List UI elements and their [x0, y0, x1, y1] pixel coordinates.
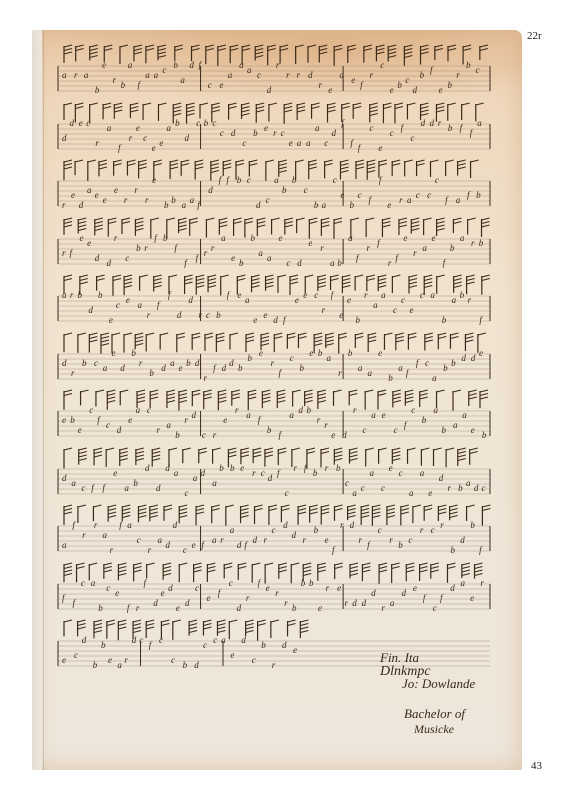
svg-text:a: a — [422, 243, 427, 253]
svg-text:b: b — [448, 123, 453, 133]
svg-text:d: d — [156, 483, 161, 493]
svg-text:r: r — [275, 588, 279, 598]
svg-text:e: e — [230, 650, 234, 660]
svg-text:d: d — [439, 473, 444, 483]
svg-text:e: e — [325, 535, 329, 545]
svg-text:d: d — [283, 520, 288, 530]
tablature-system: redaeeerrrebbaafdffbcdcabbcbacebcfferacc… — [58, 157, 490, 217]
svg-text:f: f — [157, 300, 161, 310]
svg-text:a: a — [62, 290, 67, 300]
svg-text:b: b — [175, 430, 180, 440]
svg-text:d: d — [161, 363, 166, 373]
svg-text:a: a — [246, 410, 251, 420]
svg-text:r: r — [145, 195, 149, 205]
svg-text:c: c — [394, 425, 398, 435]
svg-text:b: b — [282, 185, 287, 195]
svg-text:c: c — [435, 175, 439, 185]
svg-text:c: c — [361, 483, 365, 493]
svg-text:e: e — [253, 315, 257, 325]
svg-text:r: r — [204, 373, 208, 383]
svg-text:f: f — [97, 415, 101, 425]
svg-text:e: e — [264, 123, 268, 133]
svg-text:d: d — [342, 430, 347, 440]
svg-text:a: a — [193, 473, 198, 483]
svg-text:c: c — [159, 635, 163, 645]
svg-text:d: d — [189, 60, 194, 70]
svg-text:r: r — [294, 463, 298, 473]
svg-text:f: f — [149, 640, 153, 650]
svg-text:d: d — [273, 315, 278, 325]
svg-text:r: r — [184, 415, 188, 425]
svg-text:b: b — [450, 545, 455, 555]
svg-text:b: b — [82, 358, 87, 368]
svg-text:c: c — [229, 578, 233, 588]
svg-text:d: d — [229, 358, 234, 368]
svg-text:a: a — [460, 578, 465, 588]
svg-text:c: c — [74, 650, 78, 660]
margin-line — [43, 30, 44, 770]
svg-text:r: r — [246, 593, 250, 603]
svg-text:a: a — [368, 368, 373, 378]
svg-text:f: f — [73, 598, 77, 608]
svg-text:e: e — [263, 310, 267, 320]
svg-text:d: d — [268, 473, 273, 483]
svg-text:a: a — [170, 358, 175, 368]
svg-text:b: b — [388, 373, 393, 383]
svg-text:a: a — [339, 70, 344, 80]
svg-text:e: e — [219, 80, 223, 90]
svg-text:r: r — [344, 598, 348, 608]
svg-text:r: r — [139, 358, 143, 368]
svg-text:e: e — [289, 138, 293, 148]
svg-text:f: f — [423, 593, 427, 603]
svg-text:r: r — [147, 310, 151, 320]
svg-text:c: c — [380, 60, 384, 70]
svg-text:c: c — [106, 420, 110, 430]
svg-text:r: r — [456, 70, 460, 80]
svg-text:f: f — [91, 483, 95, 493]
svg-text:d: d — [120, 363, 125, 373]
svg-text:r: r — [448, 483, 452, 493]
svg-text:c: c — [162, 65, 166, 75]
svg-text:a: a — [190, 195, 195, 205]
svg-text:a: a — [212, 535, 217, 545]
svg-text:b: b — [292, 175, 297, 185]
svg-text:f: f — [332, 545, 336, 555]
svg-text:b: b — [253, 128, 258, 138]
svg-text:f: f — [144, 578, 148, 588]
svg-text:e: e — [328, 85, 332, 95]
svg-text:e: e — [295, 295, 299, 305]
svg-text:c: c — [81, 483, 85, 493]
svg-text:f: f — [401, 123, 405, 133]
svg-text:c: c — [242, 138, 246, 148]
svg-text:f: f — [470, 128, 474, 138]
svg-text:c: c — [206, 310, 210, 320]
svg-text:b: b — [78, 290, 83, 300]
svg-text:b: b — [314, 525, 319, 535]
svg-text:r: r — [134, 185, 138, 195]
svg-text:a: a — [466, 478, 471, 488]
svg-text:a: a — [371, 410, 376, 420]
svg-text:c: c — [272, 525, 276, 535]
svg-text:a: a — [166, 420, 171, 430]
svg-text:d: d — [165, 463, 170, 473]
svg-text:r: r — [235, 405, 239, 415]
svg-text:b: b — [247, 353, 252, 363]
svg-text:f: f — [341, 118, 345, 128]
svg-text:e: e — [179, 363, 183, 373]
svg-text:r: r — [199, 310, 203, 320]
svg-text:b: b — [186, 358, 191, 368]
svg-text:r: r — [271, 358, 275, 368]
svg-text:c: c — [183, 545, 187, 555]
svg-text:d: d — [106, 258, 111, 268]
svg-text:e: e — [278, 233, 282, 243]
svg-text:a: a — [127, 520, 132, 530]
svg-text:c: c — [304, 185, 308, 195]
svg-text:d: d — [282, 640, 287, 650]
svg-text:b: b — [397, 80, 402, 90]
svg-text:b: b — [163, 233, 168, 243]
svg-text:c: c — [86, 118, 90, 128]
svg-text:d: d — [471, 353, 476, 363]
svg-text:a: a — [91, 578, 96, 588]
svg-text:d: d — [62, 358, 67, 368]
svg-text:c: c — [202, 430, 206, 440]
svg-text:d: d — [460, 535, 465, 545]
svg-text:c: c — [324, 138, 328, 148]
svg-text:b: b — [314, 200, 319, 210]
svg-text:f: f — [395, 253, 399, 263]
svg-text:b: b — [93, 660, 98, 670]
svg-text:b: b — [251, 233, 256, 243]
svg-text:e: e — [471, 425, 475, 435]
svg-text:r: r — [213, 430, 217, 440]
svg-text:a: a — [62, 540, 67, 550]
svg-text:r: r — [320, 243, 324, 253]
svg-text:a: a — [128, 60, 133, 70]
svg-text:c: c — [208, 80, 212, 90]
svg-text:c: c — [381, 483, 385, 493]
svg-text:r: r — [366, 243, 370, 253]
svg-text:d: d — [430, 118, 435, 128]
svg-text:c: c — [185, 488, 189, 498]
svg-text:d: d — [88, 305, 93, 315]
svg-text:e: e — [62, 655, 66, 665]
svg-text:r: r — [273, 128, 277, 138]
svg-text:e: e — [318, 603, 322, 613]
svg-text:b: b — [164, 200, 169, 210]
svg-text:r: r — [471, 238, 475, 248]
svg-text:c: c — [139, 635, 143, 645]
svg-text:a: a — [174, 468, 179, 478]
svg-text:a: a — [434, 405, 439, 415]
svg-text:r: r — [353, 405, 357, 415]
tablature-system: araberbafaacbadfceaaacdrrrdreaefrcebcdbf… — [58, 42, 490, 102]
svg-text:e: e — [410, 305, 414, 315]
svg-text:r: r — [124, 195, 128, 205]
svg-text:c: c — [345, 478, 349, 488]
svg-text:b: b — [420, 70, 425, 80]
svg-text:r: r — [129, 133, 133, 143]
svg-text:a: a — [432, 373, 437, 383]
svg-text:c: c — [195, 583, 199, 593]
svg-text:c: c — [143, 133, 147, 143]
svg-text:c: c — [116, 300, 120, 310]
svg-text:r: r — [211, 243, 215, 253]
svg-text:e: e — [71, 190, 75, 200]
svg-text:e: e — [259, 348, 263, 358]
svg-text:c: c — [106, 583, 110, 593]
svg-text:c: c — [390, 128, 394, 138]
svg-text:b: b — [183, 660, 188, 670]
svg-text:e: e — [102, 60, 106, 70]
svg-text:a: a — [315, 123, 320, 133]
svg-text:r: r — [286, 70, 290, 80]
svg-text:r: r — [480, 578, 484, 588]
svg-text:e: e — [428, 488, 432, 498]
svg-text:e: e — [113, 468, 117, 478]
svg-text:r: r — [62, 248, 66, 258]
svg-text:a: a — [239, 60, 244, 70]
svg-text:c: c — [137, 535, 141, 545]
svg-text:c: c — [125, 253, 129, 263]
svg-text:b: b — [173, 60, 178, 70]
svg-text:e: e — [192, 540, 196, 550]
svg-text:d: d — [95, 253, 100, 263]
svg-text:b: b — [482, 430, 487, 440]
svg-text:a: a — [221, 233, 226, 243]
svg-text:e: e — [79, 118, 83, 128]
svg-text:e: e — [382, 410, 386, 420]
svg-text:d: d — [421, 118, 426, 128]
svg-text:r: r — [272, 660, 276, 670]
svg-text:f: f — [467, 190, 471, 200]
svg-text:b: b — [230, 463, 235, 473]
svg-text:b: b — [313, 468, 318, 478]
svg-text:b: b — [95, 85, 100, 95]
svg-text:e: e — [78, 425, 82, 435]
svg-text:b: b — [443, 363, 448, 373]
svg-text:b: b — [121, 80, 126, 90]
svg-text:a: a — [245, 295, 250, 305]
svg-text:d: d — [267, 85, 272, 95]
svg-text:d: d — [292, 530, 297, 540]
svg-text:c: c — [89, 405, 93, 415]
svg-text:b: b — [219, 463, 224, 473]
svg-text:a: a — [330, 258, 335, 268]
svg-text:e: e — [438, 85, 442, 95]
svg-text:a: a — [258, 248, 263, 258]
svg-text:e: e — [378, 143, 382, 153]
svg-text:c: c — [427, 190, 431, 200]
svg-text:a: a — [348, 233, 353, 243]
tablature-system: dacffeabdddacadabbercdfcrfbrbcacacecaaed… — [58, 445, 490, 505]
svg-text:f: f — [283, 315, 287, 325]
svg-text:r: r — [388, 258, 392, 268]
svg-text:c: c — [431, 525, 435, 535]
svg-text:c: c — [257, 70, 261, 80]
svg-text:b: b — [301, 578, 306, 588]
tablature-system: ebecfcdeacrabrdcrerafbfadbrredrcaecfcbab… — [58, 387, 490, 447]
svg-text:r: r — [136, 603, 140, 613]
svg-text:d: d — [201, 468, 206, 478]
svg-text:r: r — [399, 195, 403, 205]
svg-text:e: e — [337, 583, 341, 593]
svg-text:e: e — [479, 348, 483, 358]
signature-subject: Musicke — [414, 722, 454, 737]
svg-text:d: d — [82, 635, 87, 645]
signature-name: Jo: Dowlande — [402, 676, 475, 692]
svg-text:f: f — [440, 593, 444, 603]
svg-text:e: e — [114, 185, 118, 195]
svg-text:e: e — [293, 645, 297, 655]
svg-text:b: b — [133, 478, 138, 488]
svg-text:r: r — [370, 70, 374, 80]
svg-text:e: e — [207, 593, 211, 603]
svg-text:a: a — [322, 200, 327, 210]
svg-text:r: r — [62, 200, 66, 210]
tablature-system: ddecrafreceeabdcbccdcberceaaacdfffcecfcd… — [58, 100, 490, 160]
svg-text:c: c — [290, 353, 294, 363]
svg-text:r: r — [303, 535, 307, 545]
svg-text:b: b — [98, 603, 103, 613]
svg-text:b: b — [136, 243, 141, 253]
svg-text:e: e — [103, 195, 107, 205]
svg-text:d: d — [132, 635, 137, 645]
svg-text:c: c — [401, 295, 405, 305]
svg-text:d: d — [145, 463, 150, 473]
svg-text:f: f — [258, 415, 262, 425]
svg-text:f: f — [358, 143, 362, 153]
svg-text:c: c — [420, 290, 424, 300]
svg-text:a: a — [221, 635, 226, 645]
svg-text:c: c — [203, 640, 207, 650]
svg-text:c: c — [425, 358, 429, 368]
svg-text:r: r — [413, 248, 417, 258]
svg-text:c: c — [171, 655, 175, 665]
svg-text:a: a — [289, 410, 294, 420]
svg-text:e: e — [128, 415, 132, 425]
svg-text:r: r — [359, 535, 363, 545]
signature-title: Bachelor of — [404, 706, 465, 722]
svg-text:a: a — [228, 70, 233, 80]
svg-text:d: d — [231, 128, 236, 138]
svg-text:f: f — [416, 358, 420, 368]
svg-text:b: b — [336, 463, 341, 473]
svg-text:a: a — [87, 185, 92, 195]
svg-text:r: r — [156, 425, 160, 435]
svg-text:e: e — [308, 238, 312, 248]
svg-text:d: d — [237, 603, 242, 613]
svg-text:a: a — [230, 525, 235, 535]
svg-text:e: e — [159, 138, 163, 148]
svg-text:c: c — [252, 655, 256, 665]
svg-text:r: r — [71, 368, 75, 378]
svg-text:c: c — [247, 175, 251, 185]
svg-text:f: f — [277, 468, 281, 478]
svg-text:e: e — [340, 190, 344, 200]
svg-text:f: f — [360, 80, 364, 90]
svg-text:d: d — [352, 598, 357, 608]
svg-text:f: f — [119, 520, 123, 530]
svg-text:r: r — [284, 598, 288, 608]
svg-text:b: b — [238, 363, 243, 373]
svg-text:a: a — [453, 420, 458, 430]
svg-text:d: d — [350, 520, 355, 530]
svg-text:f: f — [218, 588, 222, 598]
page-number: 43 — [531, 760, 542, 772]
svg-text:e: e — [303, 290, 307, 300]
svg-text:e: e — [108, 655, 112, 665]
svg-text:r: r — [338, 368, 342, 378]
svg-text:d: d — [185, 133, 190, 143]
svg-text:d: d — [69, 118, 74, 128]
svg-text:b: b — [442, 315, 447, 325]
svg-text:c: c — [405, 75, 409, 85]
svg-text:b: b — [460, 290, 465, 300]
svg-text:b: b — [356, 315, 361, 325]
svg-text:b: b — [447, 80, 452, 90]
svg-text:b: b — [299, 363, 304, 373]
svg-text:b: b — [476, 190, 481, 200]
svg-text:d: d — [413, 85, 418, 95]
svg-text:d: d — [237, 540, 242, 550]
svg-text:f: f — [479, 545, 483, 555]
svg-text:f: f — [367, 540, 371, 550]
svg-text:r: r — [440, 520, 444, 530]
svg-text:d: d — [297, 258, 302, 268]
svg-text:c: c — [94, 358, 98, 368]
svg-text:f: f — [278, 430, 282, 440]
svg-text:f: f — [445, 195, 449, 205]
svg-text:b: b — [479, 238, 484, 248]
svg-text:c: c — [416, 190, 420, 200]
svg-text:e: e — [95, 190, 99, 200]
svg-text:c: c — [281, 128, 285, 138]
svg-text:a: a — [420, 468, 425, 478]
svg-text:c: c — [286, 258, 290, 268]
svg-text:a: a — [390, 598, 395, 608]
svg-text:e: e — [152, 175, 156, 185]
svg-text:e: e — [126, 295, 130, 305]
svg-text:e: e — [223, 415, 227, 425]
svg-text:b: b — [98, 290, 103, 300]
svg-text:f: f — [258, 578, 262, 588]
svg-text:r: r — [124, 655, 128, 665]
svg-text:d: d — [79, 200, 84, 210]
svg-text:e: e — [309, 348, 313, 358]
svg-text:r: r — [318, 80, 322, 90]
svg-text:b: b — [149, 368, 154, 378]
svg-text:c: c — [363, 425, 367, 435]
svg-text:f: f — [356, 253, 360, 263]
svg-text:b: b — [466, 60, 471, 70]
svg-text:r: r — [94, 520, 98, 530]
svg-text:r: r — [220, 535, 224, 545]
svg-text:c: c — [314, 290, 318, 300]
svg-text:f: f — [227, 290, 231, 300]
svg-text:c: c — [285, 488, 289, 498]
svg-text:d: d — [253, 535, 258, 545]
svg-text:f: f — [479, 315, 483, 325]
svg-text:f: f — [196, 253, 200, 263]
svg-text:e: e — [413, 583, 417, 593]
svg-text:e: e — [231, 253, 235, 263]
svg-text:e: e — [339, 310, 343, 320]
svg-text:r: r — [420, 525, 424, 535]
